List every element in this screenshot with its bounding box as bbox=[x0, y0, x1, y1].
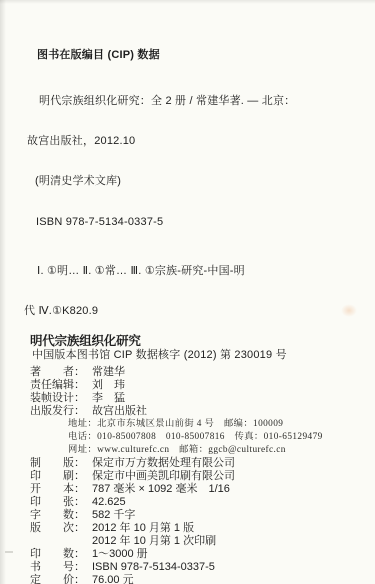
isbn-value: ISBN 978-7-5134-0337-5 bbox=[92, 562, 215, 573]
cip-classification-line-2: 代 Ⅳ.①K820.9 bbox=[24, 305, 361, 318]
colophon-row-publisher: 出版发行： 故宫出版社 bbox=[30, 406, 365, 417]
page-edge-shadow-top bbox=[0, 0, 375, 4]
colophon-row-isbn: 书 号： ISBN 978-7-5134-0337-5 bbox=[30, 562, 365, 573]
publisher-address-line: 地址：北京市东城区景山前街 4 号 邮编：100009 bbox=[68, 419, 365, 430]
publisher-label: 出版发行： bbox=[30, 406, 89, 417]
edition-label: 版 次： bbox=[30, 523, 89, 534]
colophon-row-sheets: 印 张： 42.625 bbox=[30, 497, 365, 508]
cip-title-line: 明代宗族组织化研究：全 2 册 / 常建华著. — 北京： bbox=[39, 95, 361, 108]
cip-series-line: (明清史学术文库) bbox=[35, 175, 361, 188]
colophon-row-printrun: 印 数： 1～3000 册 bbox=[30, 549, 365, 560]
colophon-row-edition: 版 次： 2012 年 10 月第 1 版 bbox=[30, 523, 365, 534]
colophon-row-editor: 责任编辑： 刘 玮 bbox=[30, 380, 365, 391]
cip-publisher-line: 故宫出版社，2012.10 bbox=[27, 135, 361, 148]
edition-line2-value: 2012 年 10 月第 1 次印刷 bbox=[92, 536, 216, 547]
cip-heading: 图书在版编目 (CIP) 数据 bbox=[37, 49, 361, 62]
colophon-block: 明代宗族组织化研究 著 者： 常建华 责任编辑： 刘 玮 装帧设计： 李 猛 出… bbox=[30, 331, 365, 584]
colophon-row-format: 开 本： 787 毫米 × 1092 毫米 1/16 bbox=[30, 484, 365, 495]
author-label: 著 者： bbox=[30, 367, 89, 378]
colophon-row-platemaking: 制 版： 保定市万方数据处理有限公司 bbox=[30, 458, 365, 469]
edition-value: 2012 年 10 月第 1 版 bbox=[92, 523, 194, 534]
designer-value: 李 猛 bbox=[92, 393, 125, 404]
publisher-value: 故宫出版社 bbox=[92, 406, 147, 417]
editor-label: 责任编辑： bbox=[30, 380, 89, 391]
scan-margin-artifact bbox=[5, 551, 13, 553]
printrun-label: 印 数： bbox=[30, 549, 89, 560]
isbn-label: 书 号： bbox=[30, 562, 89, 573]
colophon-row-price: 定 价： 76.00 元 bbox=[30, 575, 365, 584]
book-title: 明代宗族组织化研究 bbox=[30, 331, 365, 349]
price-value: 76.00 元 bbox=[92, 575, 134, 584]
printing-value: 保定市中画美凯印刷有限公司 bbox=[92, 471, 235, 482]
wordcount-label: 字 数： bbox=[30, 510, 89, 521]
colophon-row-designer: 装帧设计： 李 猛 bbox=[30, 393, 365, 404]
format-label: 开 本： bbox=[30, 484, 89, 495]
cip-classification-line-1: Ⅰ. ①明… Ⅱ. ①常… Ⅲ. ①宗族-研究-中国-明 bbox=[37, 265, 361, 278]
sheets-value: 42.625 bbox=[92, 497, 126, 508]
platemaking-label: 制 版： bbox=[30, 458, 89, 469]
colophon-row-edition-line2: 2012 年 10 月第 1 次印刷 bbox=[30, 536, 365, 547]
colophon-row-author: 著 者： 常建华 bbox=[30, 367, 365, 378]
author-value: 常建华 bbox=[92, 367, 125, 378]
sheets-label: 印 张： bbox=[30, 497, 89, 508]
designer-label: 装帧设计： bbox=[30, 393, 89, 404]
colophon-row-wordcount: 字 数： 582 千字 bbox=[30, 510, 365, 521]
platemaking-value: 保定市万方数据处理有限公司 bbox=[92, 458, 235, 469]
colophon-row-printing: 印 刷： 保定市中画美凯印刷有限公司 bbox=[30, 471, 365, 482]
price-label: 定 价： bbox=[30, 575, 89, 584]
printing-label: 印 刷： bbox=[30, 471, 89, 482]
copyright-page: 图书在版编目 (CIP) 数据 明代宗族组织化研究：全 2 册 / 常建华著. … bbox=[0, 0, 375, 584]
wordcount-value: 582 千字 bbox=[92, 510, 135, 521]
printrun-value: 1～3000 册 bbox=[92, 549, 148, 560]
cip-isbn-line: ISBN 978-7-5134-0337-5 bbox=[36, 216, 361, 229]
page-edge-shadow-left bbox=[0, 0, 6, 584]
format-value: 787 毫米 × 1092 毫米 1/16 bbox=[92, 484, 230, 495]
editor-value: 刘 玮 bbox=[92, 380, 125, 391]
publisher-phone-line: 电话：010-85007808 010-85007816 传真：010-6512… bbox=[68, 432, 365, 443]
publisher-web-line: 网址：www.culturefc.cn 邮箱：ggcb@culturefc.cn bbox=[68, 445, 365, 456]
